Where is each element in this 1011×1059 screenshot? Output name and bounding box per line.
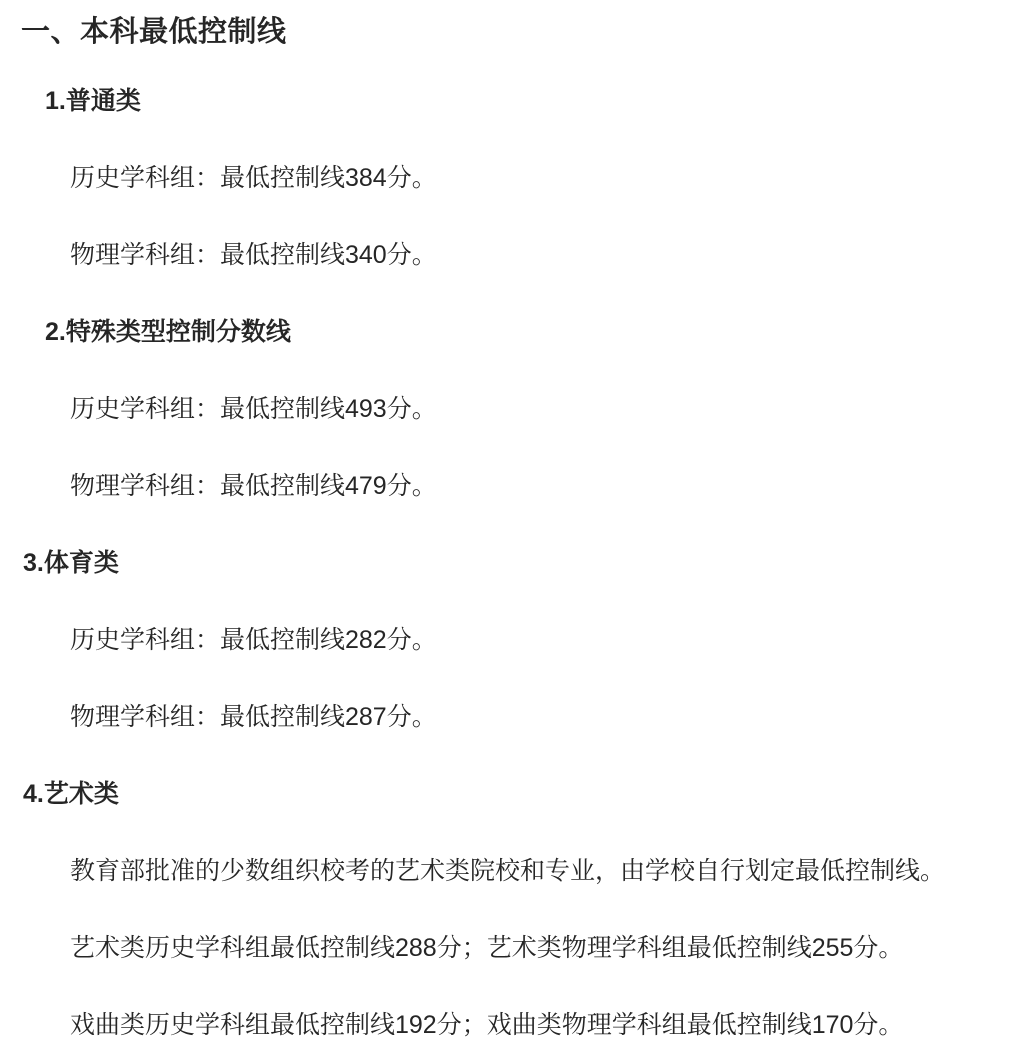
score-line-general-physics: 物理学科组：最低控制线340分。 xyxy=(70,238,993,272)
section-heading-sports: 3.体育类 xyxy=(23,546,993,580)
document-title: 一、本科最低控制线 xyxy=(21,12,993,52)
section-heading-general: 1.普通类 xyxy=(45,84,993,118)
score-line-arts: 艺术类历史学科组最低控制线288分；艺术类物理学科组最低控制线255分。 xyxy=(70,931,993,965)
score-line-special-physics: 物理学科组：最低控制线479分。 xyxy=(70,469,993,503)
score-line-general-history: 历史学科组：最低控制线384分。 xyxy=(70,161,993,195)
score-line-sports-history: 历史学科组：最低控制线282分。 xyxy=(70,623,993,657)
arts-school-exam-note: 教育部批准的少数组织校考的艺术类院校和专业，由学校自行划定最低控制线。 xyxy=(70,854,993,888)
section-heading-special-type: 2.特殊类型控制分数线 xyxy=(45,315,993,349)
score-line-special-history: 历史学科组：最低控制线493分。 xyxy=(70,392,993,426)
document: 一、本科最低控制线 1.普通类 历史学科组：最低控制线384分。 物理学科组：最… xyxy=(0,0,1011,1042)
section-heading-arts: 4.艺术类 xyxy=(23,777,993,811)
score-line-opera: 戏曲类历史学科组最低控制线192分；戏曲类物理学科组最低控制线170分。 xyxy=(70,1008,993,1042)
score-line-sports-physics: 物理学科组：最低控制线287分。 xyxy=(70,700,993,734)
